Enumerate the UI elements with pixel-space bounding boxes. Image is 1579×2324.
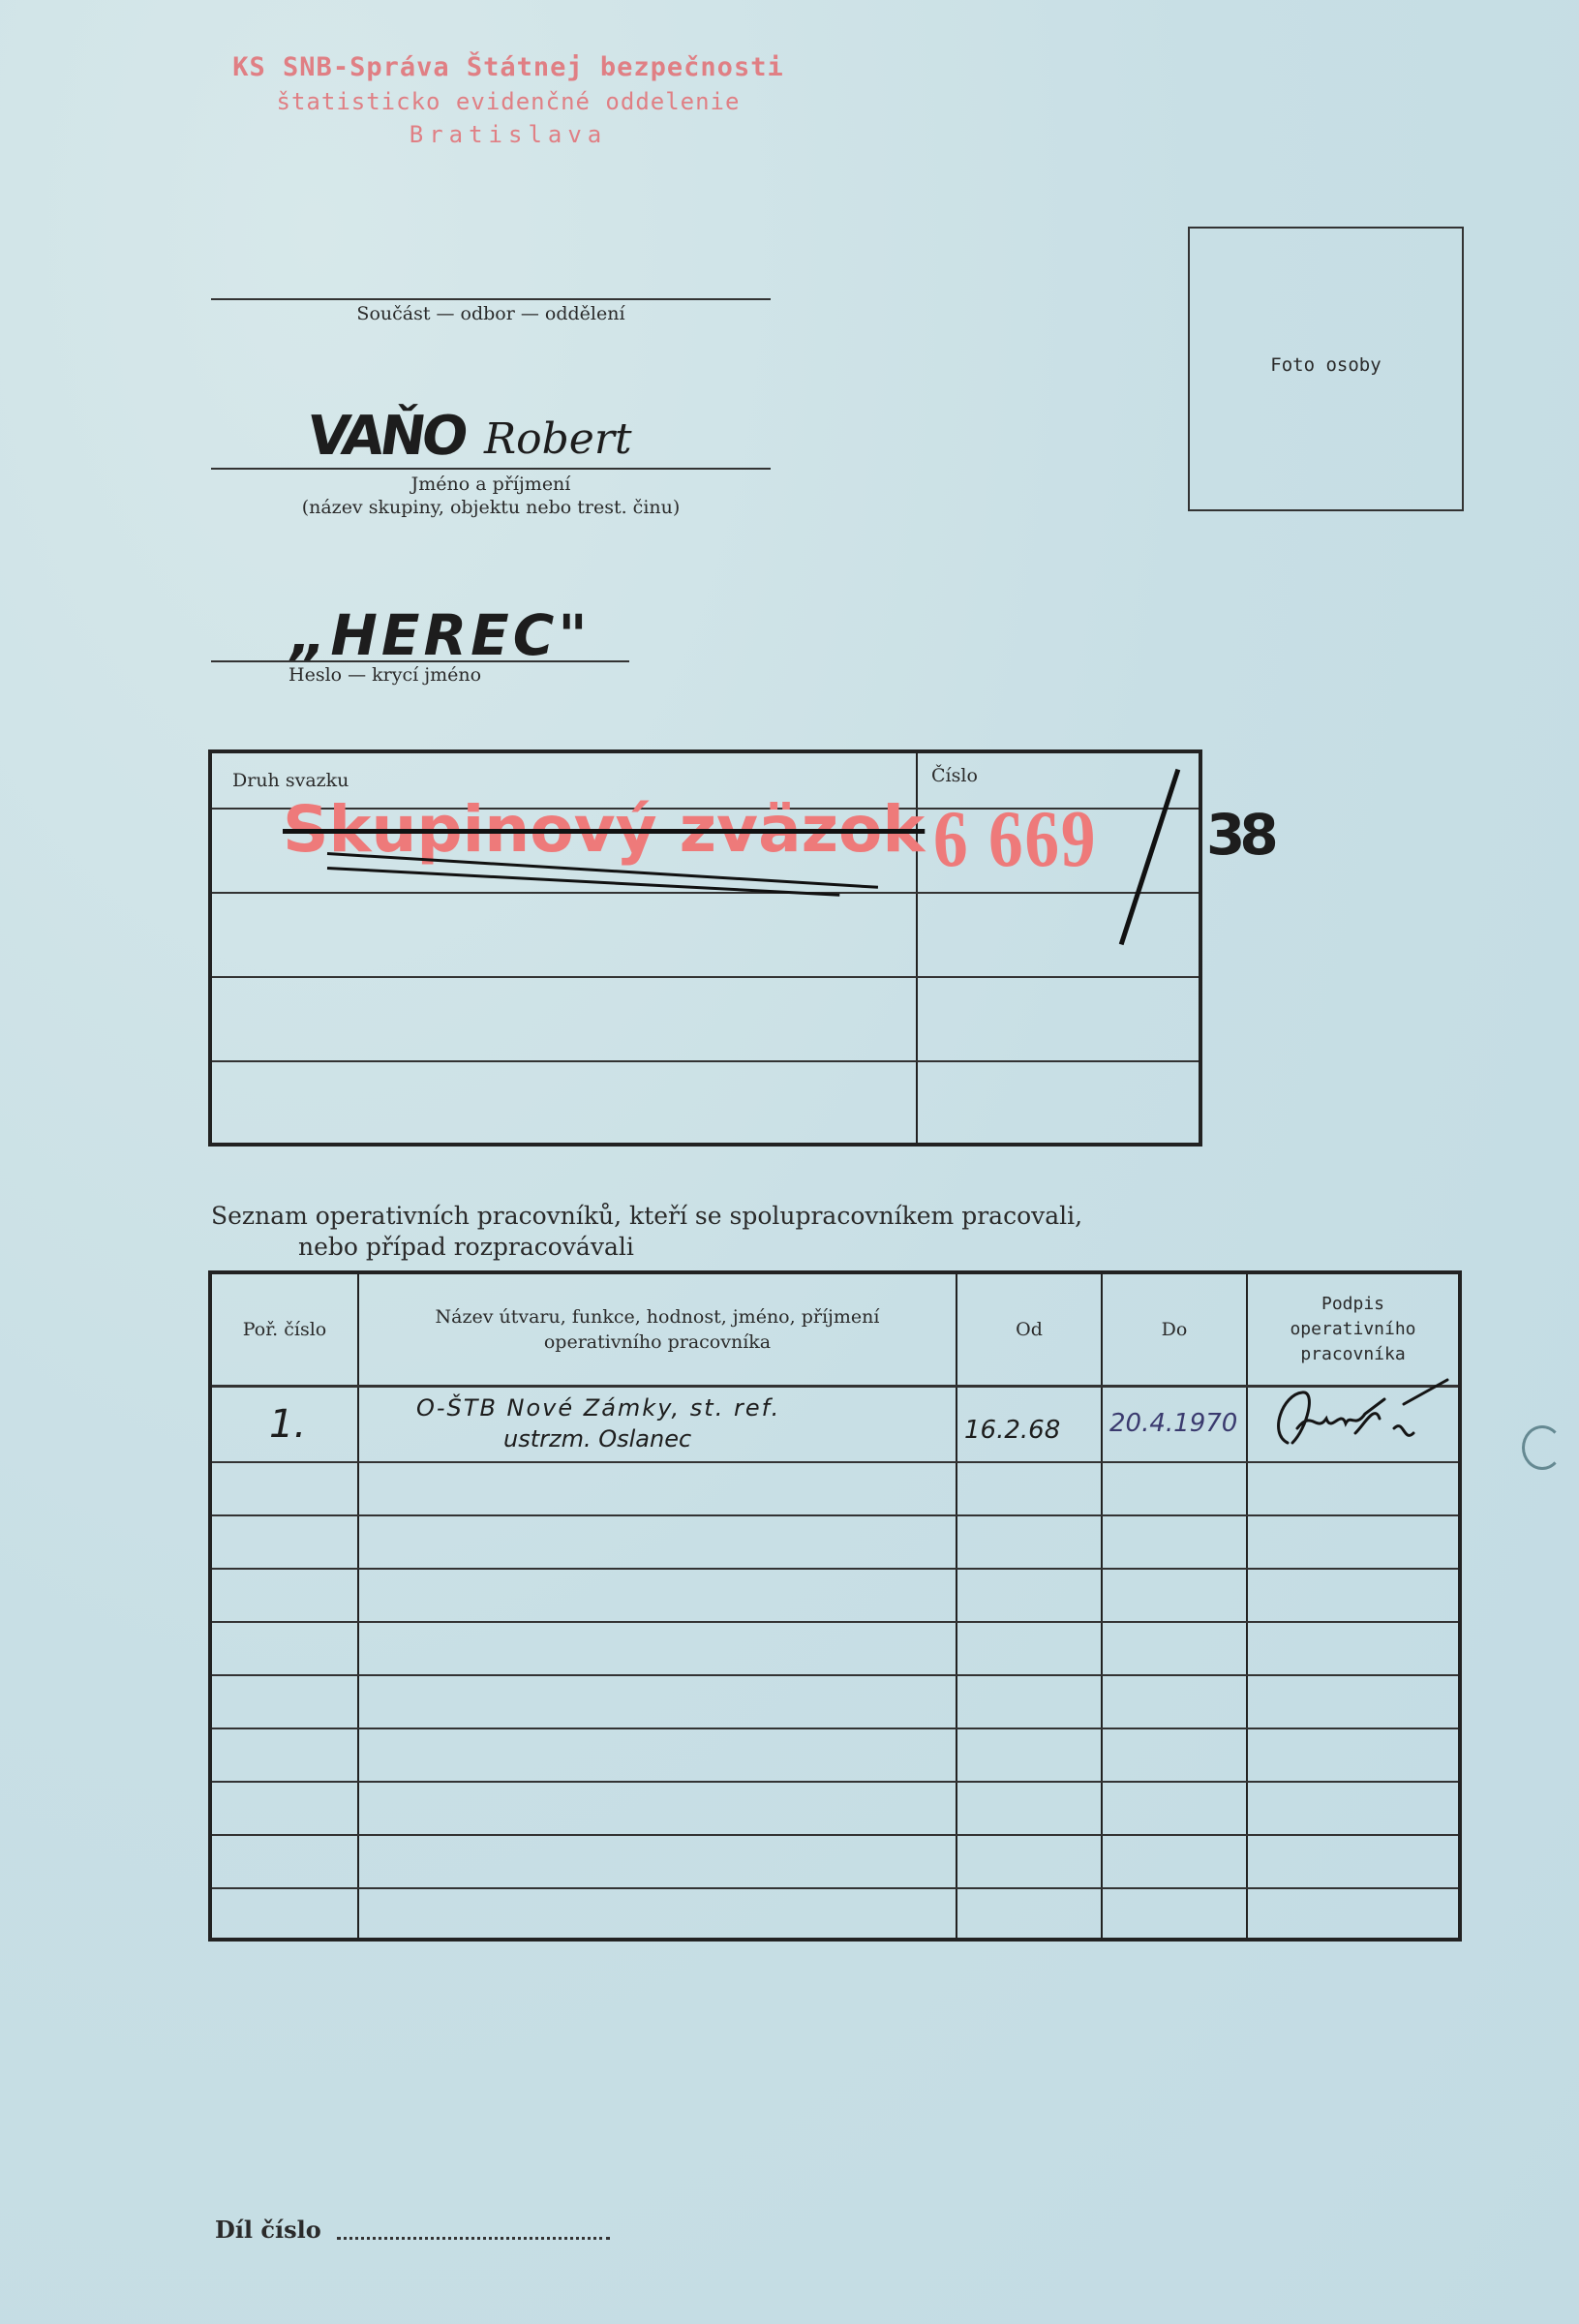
dil-cislo-field[interactable] — [337, 2223, 610, 2240]
heslo-line — [211, 660, 629, 662]
col-header-name: Název útvaru, funkce, hodnost, jméno, př… — [359, 1274, 956, 1385]
table-row-line — [212, 1674, 1458, 1676]
table-row-line — [212, 1621, 1458, 1623]
signature-scribble-icon — [1259, 1375, 1452, 1462]
table-row-line — [212, 1514, 1458, 1516]
name-label-1: Jméno a příjmení — [211, 473, 771, 496]
seznam-title-2: nebo případ rozpracovávali — [211, 1232, 1082, 1263]
druh-svazku-label: Druh svazku — [232, 770, 349, 791]
col-header-index: Poř. číslo — [212, 1274, 357, 1385]
stamp-line-1: KS SNB-Správa Štátnej bezpečnosti — [232, 50, 784, 85]
stamp-line-2: štatisticko evidenčné oddelenie — [232, 85, 784, 118]
seznam-title-1: Seznam operativních pracovníků, kteří se… — [211, 1201, 1082, 1232]
codename-handwritten: „HEREC" — [290, 602, 592, 668]
row-1-name-line-2: ustrzm. Oslanec — [503, 1425, 691, 1452]
row-1-od: 16.2.68 — [964, 1416, 1060, 1445]
cislo-label: Číslo — [931, 765, 978, 786]
svazek-row-line — [212, 892, 1199, 894]
number-suffix-handwritten: 38 — [1206, 802, 1273, 868]
table-row-line — [212, 1728, 1458, 1729]
given-name-handwritten: Robert — [484, 414, 632, 464]
col-header-do: Do — [1103, 1274, 1246, 1385]
punch-hole — [1522, 1425, 1563, 1470]
surname-handwritten: VAŇO — [303, 405, 468, 468]
photo-box: Foto osoby — [1188, 227, 1464, 511]
name-label: Jméno a příjmení (název skupiny, objektu… — [211, 473, 771, 519]
table-row-line — [212, 1568, 1458, 1570]
table-row-line — [212, 1781, 1458, 1783]
svazek-row-line — [212, 1060, 1199, 1062]
agency-stamp: KS SNB-Správa Štátnej bezpečnosti štatis… — [232, 50, 784, 151]
soucast-line — [211, 298, 771, 300]
heslo-label: Heslo — krycí jméno — [288, 664, 481, 686]
table-row-line — [212, 1887, 1458, 1889]
row-1-name-line-1: O-ŠTB Nové Zámky, st. ref. — [416, 1394, 780, 1422]
row-1-index: 1. — [269, 1402, 306, 1447]
name-line — [211, 468, 771, 470]
table-row-line — [212, 1834, 1458, 1836]
seznam-heading: Seznam operativních pracovníků, kteří se… — [211, 1201, 1082, 1263]
photo-label: Foto osoby — [1190, 354, 1462, 376]
name-label-2: (název skupiny, objektu nebo trest. činu… — [211, 496, 771, 519]
row-1-do: 20.4.1970 — [1109, 1409, 1237, 1438]
stamp-line-3: Bratislava — [232, 118, 784, 151]
dil-cislo-label: Díl číslo — [215, 2216, 321, 2244]
svazek-number: 6 669 — [933, 792, 1097, 886]
svazek-row-line — [212, 976, 1199, 978]
row-1-signature — [1259, 1375, 1452, 1462]
col-header-od: Od — [957, 1274, 1101, 1385]
col-header-podpis: Podpis operativního pracovníka — [1248, 1274, 1458, 1385]
soucast-label: Součást — odbor — oddělení — [211, 303, 771, 324]
